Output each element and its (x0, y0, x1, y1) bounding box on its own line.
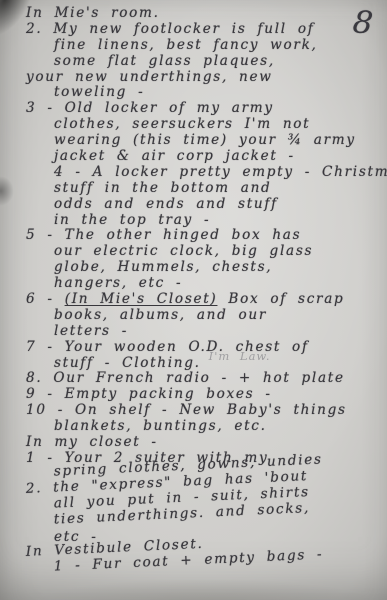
handwritten-line: in the top tray - (0, 213, 387, 229)
handwritten-line: stuff - Clothing.I'm Law. (0, 356, 387, 372)
bottom-shadow (40, 580, 370, 600)
handwritten-page: 8 In Mie's room.2. My new footlocker is … (0, 0, 387, 600)
line-text: stuff - Clothing. (54, 355, 201, 371)
handwritten-line: our electric clock, big glass (0, 244, 387, 260)
handwritten-line: jacket & air corp jacket - (0, 149, 387, 165)
handwritten-line: 4 - A locker pretty empty - Christmas (0, 165, 387, 181)
handwritten-line: 3 - Old locker of my army (0, 101, 387, 117)
line-text: Box of scrap (217, 291, 344, 307)
handwritten-line: your new underthings, new (0, 70, 387, 86)
handwritten-line: 7 - Your wooden O.D. chest of (0, 340, 387, 356)
handwritten-line: wearing (this time) your ¾ army (0, 133, 387, 149)
letter-body: In Mie's room.2. My new footlocker is fu… (0, 6, 387, 578)
line-text: 6 - (26, 291, 65, 307)
handwritten-line: hangers, etc - (0, 276, 387, 292)
handwritten-line: stuff in the bottom and (0, 181, 387, 197)
handwritten-line: 9 - Empty packing boxes - (0, 387, 387, 403)
handwritten-line: fine linens, best fancy work, (0, 38, 387, 54)
handwritten-line: In Mie's room. (0, 6, 387, 22)
handwritten-line: In my closet - (0, 435, 387, 451)
handwritten-line: globe, Hummels, chests, (0, 260, 387, 276)
handwritten-line: blankets, buntings, etc. (0, 419, 387, 435)
pencil-annotation: I'm Law. (209, 349, 271, 363)
handwritten-line: books, albums, and our (0, 308, 387, 324)
handwritten-line: clothes, seersuckers I'm not (0, 117, 387, 133)
handwritten-line: 10 - On shelf - New Baby's things (0, 403, 387, 419)
underlined-text: (In Mie's Closet) (65, 291, 218, 307)
handwritten-line: 6 - (In Mie's Closet) Box of scrap (0, 292, 387, 308)
handwritten-line: odds and ends and stuff (0, 197, 387, 213)
handwritten-line: letters - (0, 324, 387, 340)
handwritten-line: toweling - (0, 85, 387, 101)
handwritten-line: 8. Our French radio - + hot plate (0, 371, 387, 387)
handwritten-line: some flat glass plaques, (0, 54, 387, 70)
handwritten-line: 5 - The other hinged box has (0, 228, 387, 244)
handwritten-line: 2. My new footlocker is full of (0, 22, 387, 38)
